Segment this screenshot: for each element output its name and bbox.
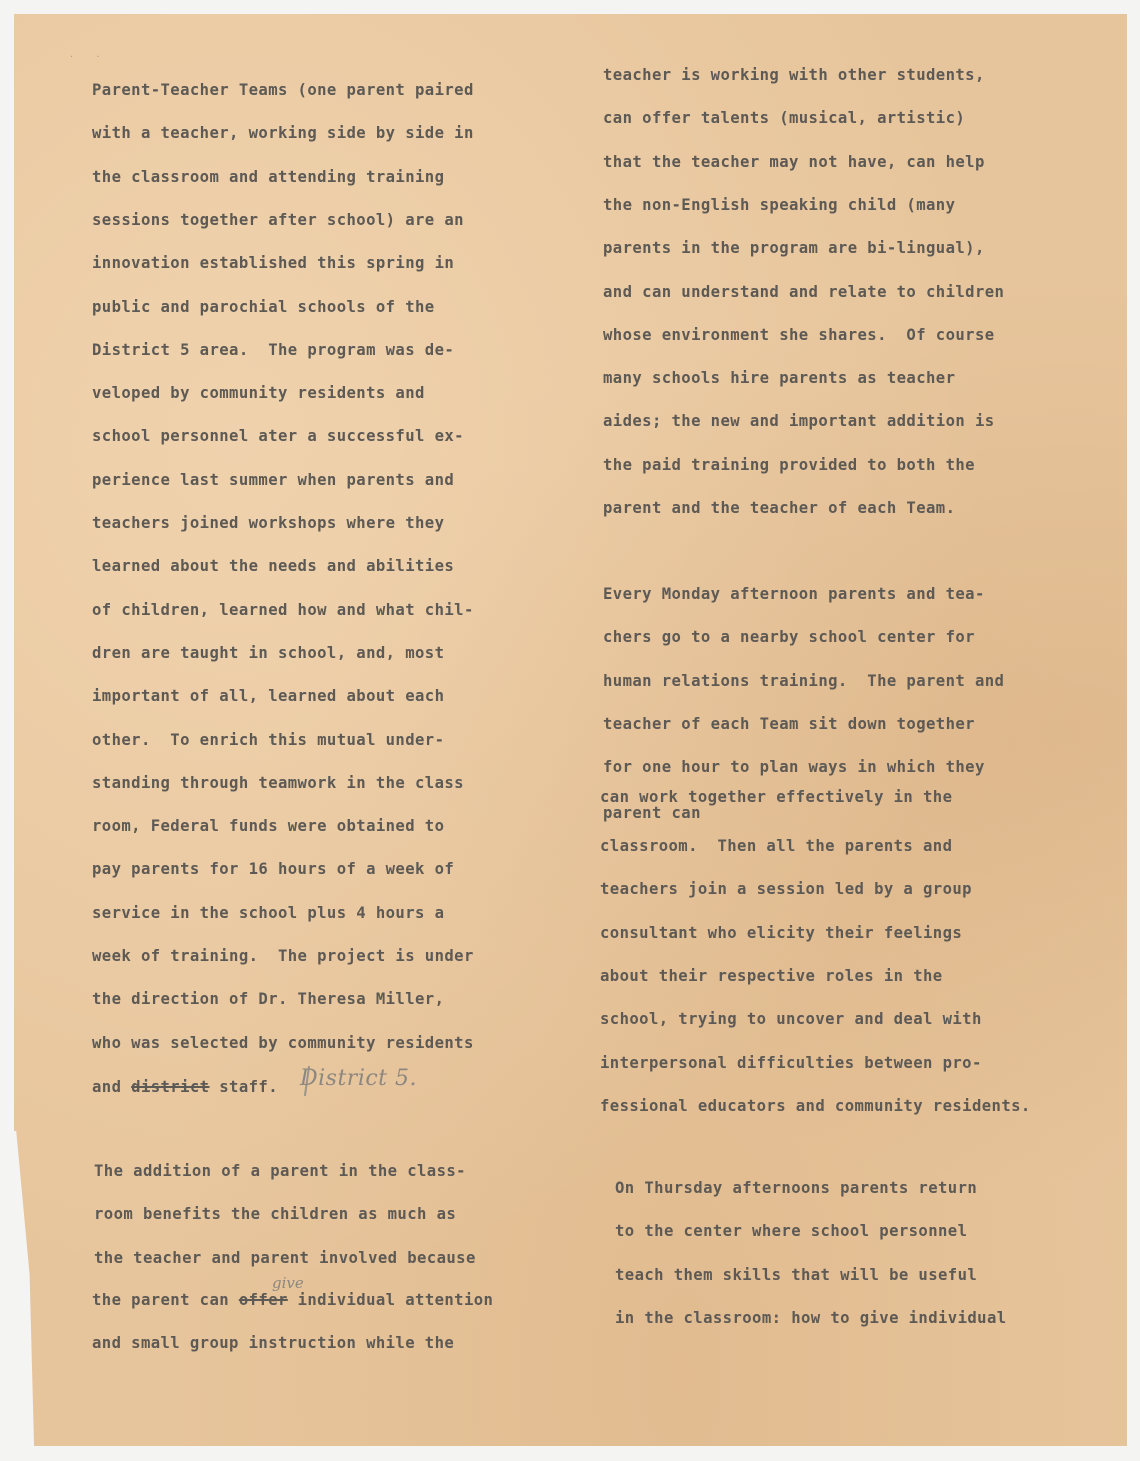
typed-line: classroom. Then all the parents and (600, 836, 952, 856)
typed-line: chers go to a nearby school center for (603, 627, 975, 647)
typed-line: perience last summer when parents and (92, 470, 454, 490)
typed-line: other. To enrich this mutual under- (92, 730, 444, 750)
typed-line: teachers joined workshops where they (92, 513, 444, 533)
typed-line: whose environment she shares. Of course (603, 325, 995, 345)
typed-line: Every Monday afternoon parents and tea- (603, 584, 985, 604)
typed-line: dren are taught in school, and, most (92, 643, 444, 663)
text-fragment: the parent can (92, 1291, 239, 1309)
left-p2-line-5: and small group instruction while the (92, 1333, 454, 1353)
right-column: teacher is working with other students,c… (603, 0, 623, 180)
typed-line: of children, learned how and what chil- (92, 600, 474, 620)
typed-line: innovation established this spring in (92, 253, 454, 273)
typed-line: can offer talents (musical, artistic) (603, 108, 965, 128)
typed-line: fessional educators and community reside… (600, 1096, 1031, 1116)
typed-line: the teacher and parent involved because (94, 1248, 476, 1268)
typed-line: school, trying to uncover and deal with (600, 1009, 982, 1029)
typed-line: public and parochial schools of the (92, 297, 435, 317)
overtyped-line: parent can (603, 803, 701, 823)
typed-line: standing through teamwork in the class (92, 773, 464, 793)
typed-line: veloped by community residents and (92, 383, 425, 403)
typed-line: teacher of each Team sit down together (603, 714, 975, 734)
typed-line: service in the school plus 4 hours a (92, 903, 444, 923)
typed-line: learned about the needs and abilities (92, 556, 454, 576)
typed-line: District 5 area. The program was de- (92, 340, 454, 360)
typed-line: for one hour to plan ways in which they (603, 757, 985, 777)
typed-line: consultant who elicity their feelings (600, 923, 962, 943)
typed-line: that the teacher may not have, can help (603, 152, 985, 172)
typed-line: teacher is working with other students, (603, 65, 985, 85)
typed-line: pay parents for 16 hours of a week of (92, 859, 454, 879)
typed-line: teachers join a session led by a group (600, 879, 972, 899)
typed-line: Parent-Teacher Teams (one parent paired (92, 80, 474, 100)
typed-line: On Thursday afternoons parents return (615, 1178, 977, 1198)
typed-line: the non-English speaking child (many (603, 195, 955, 215)
typed-line: parent and the teacher of each Team. (603, 498, 955, 518)
typed-line: who was selected by community residents (92, 1033, 474, 1053)
typed-line: the direction of Dr. Theresa Miller, (92, 989, 444, 1009)
text-fragment: staff. (209, 1078, 278, 1096)
struck-word: offer (239, 1291, 288, 1309)
typed-line: to the center where school personnel (615, 1221, 967, 1241)
struck-word: district (131, 1078, 209, 1096)
left-column: Parent-Teacher Teams (one parent pairedw… (92, 0, 112, 144)
typed-line: in the classroom: how to give individual (615, 1308, 1007, 1328)
typed-line: parents in the program are bi-lingual), (603, 238, 985, 258)
typed-line: aides; the new and important addition is (603, 411, 995, 431)
typed-line: the paid training provided to both the (603, 455, 975, 475)
text-fragment: and (92, 1078, 131, 1096)
typed-line: week of training. The project is under (92, 946, 474, 966)
typed-line: room benefits the children as much as (94, 1204, 456, 1224)
handwritten-annotation: District 5. (300, 1066, 417, 1091)
typed-line: room, Federal funds were obtained to (92, 816, 444, 836)
left-p1-last-line: and district staff. (92, 1077, 278, 1097)
text-fragment: individual attention (288, 1291, 494, 1309)
typed-line: with a teacher, working side by side in (92, 123, 474, 143)
left-p2-line-4: the parent can offer individual attentio… (92, 1290, 493, 1310)
typed-line: interpersonal difficulties between pro- (600, 1053, 982, 1073)
typed-line: human relations training. The parent and (603, 671, 1004, 691)
typed-line: the classroom and attending training (92, 167, 444, 187)
handwritten-correction: give (272, 1274, 304, 1292)
typed-line: about their respective roles in the (600, 966, 943, 986)
typed-line: and can understand and relate to childre… (603, 282, 1004, 302)
typed-line: teach them skills that will be useful (615, 1265, 977, 1285)
typed-line: The addition of a parent in the class- (94, 1161, 466, 1181)
typed-line: many schools hire parents as teacher (603, 368, 955, 388)
typed-line: school personnel ater a successful ex- (92, 426, 464, 446)
typed-line: sessions together after school) are an (92, 210, 464, 230)
typed-line: important of all, learned about each (92, 686, 444, 706)
